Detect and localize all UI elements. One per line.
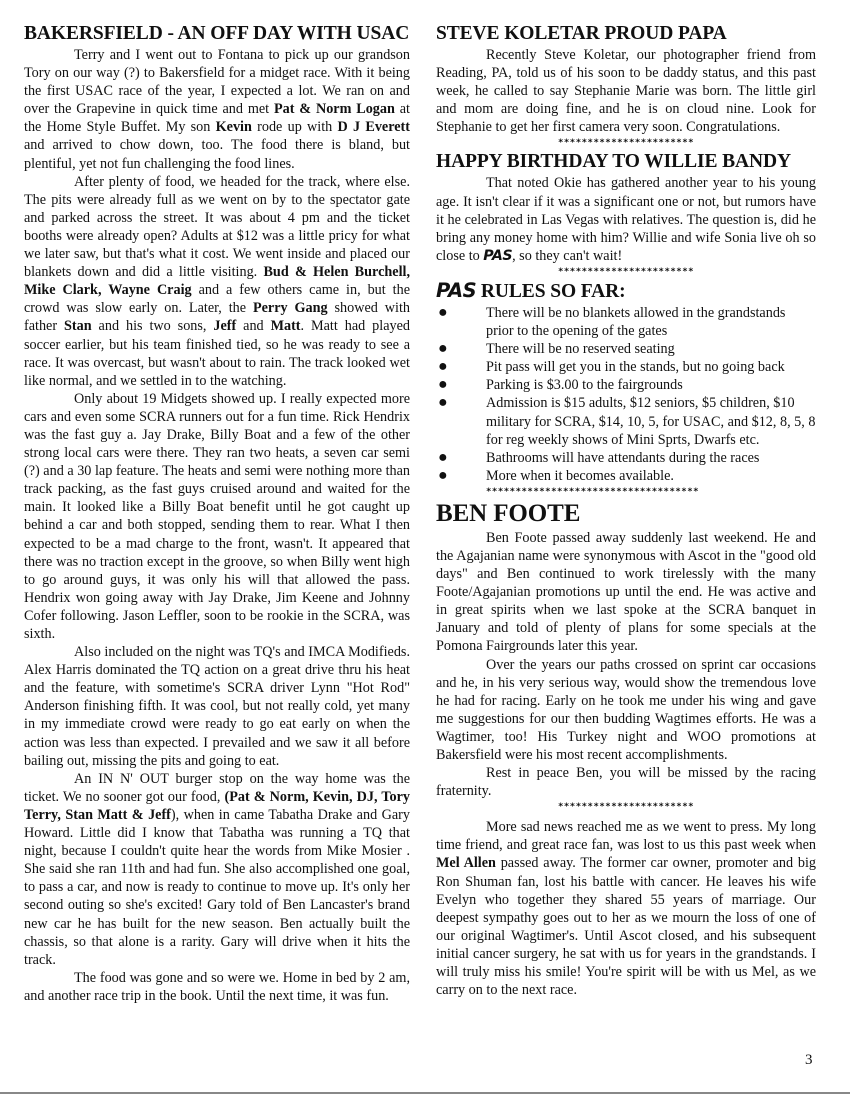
rule-item: ●Parking is $3.00 to the fairgrounds <box>436 376 816 394</box>
article-body-koletar: Recently Steve Koletar, our photographer… <box>436 46 816 136</box>
paragraph: Also included on the night was TQ's and … <box>24 643 410 770</box>
rule-item: ●There will be no reserved seating <box>436 340 816 358</box>
paragraph: Ben Foote passed away suddenly last week… <box>436 529 816 656</box>
article-body-mel-allen: More sad news reached me as we went to p… <box>436 818 816 999</box>
bold-name: Matt <box>271 318 301 334</box>
paragraph: Only about 19 Midgets showed up. I reall… <box>24 390 410 643</box>
bold-name: Stan <box>64 318 92 334</box>
text-run: More sad news reached me as we went to p… <box>436 819 816 853</box>
separator-stars: *********************** <box>436 800 816 814</box>
article-body-ben-foote: Ben Foote passed away suddenly last week… <box>436 529 816 800</box>
headline-rules: PAS RULES SO FAR: <box>436 279 816 304</box>
text-run: Recently Steve Koletar, our photographer… <box>436 47 816 135</box>
text-run: passed away. The former car owner, promo… <box>436 855 816 998</box>
text-run: and arrived to chow down, too. The food … <box>24 137 410 171</box>
rule-text: There will be no blankets allowed in the… <box>486 305 785 339</box>
bold-name: Kevin <box>216 119 252 135</box>
left-column: BAKERSFIELD - AN OFF DAY WITH USAC Terry… <box>24 22 410 1005</box>
bullet-icon: ● <box>438 376 448 394</box>
headline-ben-foote: BEN FOOTE <box>436 499 816 529</box>
text-run: Ben Foote passed away suddenly last week… <box>436 530 816 655</box>
pas-logo: PAS <box>436 279 476 302</box>
paragraph: An IN N' OUT burger stop on the way home… <box>24 770 410 969</box>
article-body-bakersfield: Terry and I went out to Fontana to pick … <box>24 46 410 1005</box>
text-run: Also included on the night was TQ's and … <box>24 644 410 769</box>
rule-text: Parking is $3.00 to the fairgrounds <box>486 377 683 393</box>
text-run: Only about 19 Midgets showed up. I reall… <box>24 391 410 642</box>
rule-text: Admission is $15 adults, $12 seniors, $5… <box>486 395 815 447</box>
rule-item: ●There will be no blankets allowed in th… <box>436 304 816 340</box>
paragraph: The food was gone and so were we. Home i… <box>24 969 410 1005</box>
page-number: 3 <box>805 1052 813 1069</box>
bullet-icon: ● <box>438 394 448 412</box>
text-run: , so they can't wait! <box>512 248 622 264</box>
rule-item: ●Pit pass will get you in the stands, bu… <box>436 358 816 376</box>
separator-stars: *********************** <box>436 136 816 150</box>
headline-bandy: HAPPY BIRTHDAY TO WILLIE BANDY <box>436 150 816 174</box>
paragraph: That noted Okie has gathered another yea… <box>436 174 816 264</box>
text-run: and <box>236 318 270 334</box>
text-run: Rest in peace Ben, you will be missed by… <box>436 765 816 799</box>
bold-name: D J Everett <box>338 119 410 135</box>
rule-text: Pit pass will get you in the stands, but… <box>486 359 785 375</box>
paragraph: More sad news reached me as we went to p… <box>436 818 816 999</box>
text-run: Over the years our paths crossed on spri… <box>436 657 816 763</box>
separator-stars: *********************** <box>436 265 816 279</box>
text-run: ), when in came Tabatha Drake and Gary H… <box>24 807 410 968</box>
text-run: The food was gone and so were we. Home i… <box>24 970 410 1004</box>
rule-item: ●Admission is $15 adults, $12 seniors, $… <box>436 394 816 448</box>
rule-text: Bathrooms will have attendants during th… <box>486 450 759 466</box>
bullet-icon: ● <box>438 358 448 376</box>
bold-name: Mel Allen <box>436 855 496 871</box>
headline-bakersfield: BAKERSFIELD - AN OFF DAY WITH USAC <box>24 22 410 46</box>
article-body-bandy: That noted Okie has gathered another yea… <box>436 174 816 264</box>
paragraph: After plenty of food, we headed for the … <box>24 173 410 390</box>
rule-text: More when it becomes available. <box>486 468 674 484</box>
rule-item: ●More when it becomes available. <box>436 467 816 485</box>
bold-name: Pat & Norm Logan <box>274 101 395 117</box>
separator-stars: ************************************ <box>436 485 816 499</box>
bold-name: Perry Gang <box>253 300 328 316</box>
pas-logo: PAS <box>483 248 512 264</box>
text-run: rode up with <box>252 119 338 135</box>
text-run: and his two sons, <box>92 318 214 334</box>
paragraph: Rest in peace Ben, you will be missed by… <box>436 764 816 800</box>
paragraph: Over the years our paths crossed on spri… <box>436 656 816 765</box>
bold-name: Jeff <box>213 318 236 334</box>
rules-list: ●There will be no blankets allowed in th… <box>436 304 816 485</box>
right-column: STEVE KOLETAR PROUD PAPA Recently Steve … <box>436 22 816 999</box>
paragraph: Terry and I went out to Fontana to pick … <box>24 46 410 173</box>
bullet-icon: ● <box>438 467 448 485</box>
bullet-icon: ● <box>438 340 448 358</box>
rule-text: There will be no reserved seating <box>486 341 675 357</box>
bottom-rule-divider <box>0 1092 850 1094</box>
headline-rules-text: RULES SO FAR: <box>481 281 626 302</box>
bullet-icon: ● <box>438 304 448 322</box>
headline-koletar: STEVE KOLETAR PROUD PAPA <box>436 22 816 46</box>
paragraph: Recently Steve Koletar, our photographer… <box>436 46 816 136</box>
bullet-icon: ● <box>438 449 448 467</box>
rule-item: ●Bathrooms will have attendants during t… <box>436 449 816 467</box>
